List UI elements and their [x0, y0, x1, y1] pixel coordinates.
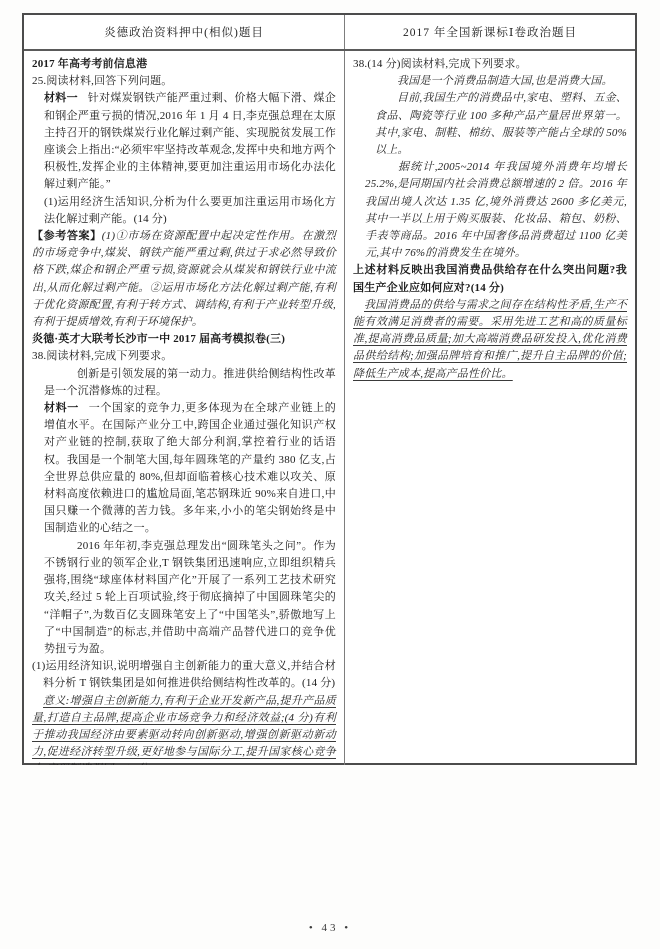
q25-sub-question: (1)运用经济生活知识,分析为什么要更加注重运用市场化方法化解过剩产能。(14 …	[44, 194, 336, 228]
left-column-cell: 2017 年高考考前信息港 25.阅读材料,回答下列问题。 材料一针对煤炭钢铁产…	[24, 51, 345, 765]
mock-exam-title: 炎德·英才大联考长沙市一中 2017 届高考模拟卷(三)	[32, 331, 336, 348]
header-left-title: 炎德政治资料押中(相似)题目	[24, 15, 345, 49]
q25-intro: 25.阅读材料,回答下列问题。	[32, 73, 336, 90]
right-paragraph-2: 目前,我国生产的消费品中,家电、塑料、五金、食品、陶瓷等行业 100 多种产品产…	[375, 90, 627, 159]
reference-answer-paragraph: 【参考答案】(1)①市场在资源配置中起决定性作用。在激烈的市场竞争中,煤炭、钢铁…	[32, 228, 336, 331]
right-paragraph-1: 我国是一个消费品制造大国,也是消费大国。	[375, 73, 627, 90]
q38-intro-left: 38.阅读材料,完成下列要求。	[32, 348, 336, 365]
material-2-paragraph-2: 2016 年年初,李克强总理发出“圆珠笔头之问”。作为不锈钢行业的领军企业,T …	[44, 538, 336, 658]
q38-sub-question: (1)运用经济知识,说明增强自主创新能力的重大意义,并结合材料分析 T 钢铁集团…	[32, 658, 336, 692]
q38-lead-paragraph: 创新是引领发展的第一动力。推进供给侧结构性改革是一个沉潜修炼的过程。	[44, 366, 336, 400]
material-1-label: 材料一	[44, 92, 78, 104]
q38-header-right: 38.(14 分)阅读材料,完成下列要求。	[353, 56, 627, 73]
header-right-title: 2017 年全国新课标Ⅰ卷政治题目	[345, 15, 635, 49]
right-column-cell: 38.(14 分)阅读材料,完成下列要求。 我国是一个消费品制造大国,也是消费大…	[345, 51, 635, 765]
reference-answer-text: (1)①市场在资源配置中起决定性作用。在激烈的市场竞争中,煤炭、钢铁产能严重过剩…	[32, 230, 336, 328]
material-2-paragraph: 材料一一个国家的竞争力,更多体现为在全球产业链上的增值水平。在国际产业分工中,跨…	[44, 400, 336, 538]
table-header-row: 炎德政治资料押中(相似)题目 2017 年全国新课标Ⅰ卷政治题目	[24, 15, 635, 51]
material-2-label: 材料一	[44, 402, 79, 414]
right-answer-paragraph: 我国消费品的供给与需求之间存在结构性矛盾,生产不能有效满足消费者的需要。采用先进…	[353, 297, 627, 383]
answer-meaning-paragraph: 意义:增强自主创新能力,有利于企业开发新产品,提升产品质量,打造自主品牌,提高企…	[32, 693, 336, 765]
material-1-text: 针对煤炭钢铁产能严重过剩、价格大幅下滑、煤企和钢企严重亏损的情况,2016 年 …	[44, 92, 336, 190]
right-paragraph-3: 据统计,2005~2014 年我国境外消费年均增长 25.2%,是同期国内社会消…	[365, 159, 627, 262]
right-question: 上述材料反映出我国消费品供给存在什么突出问题?我国生产企业应如何应对?(14 分…	[353, 262, 627, 296]
page-number: • 43 •	[0, 922, 660, 934]
material-1-paragraph: 材料一针对煤炭钢铁产能严重过剩、价格大幅下滑、煤企和钢企严重亏损的情况,2016…	[44, 90, 336, 193]
table-body-row: 2017 年高考考前信息港 25.阅读材料,回答下列问题。 材料一针对煤炭钢铁产…	[24, 51, 635, 765]
material-2-text: 一个国家的竞争力,更多体现为在全球产业链上的增值水平。在国际产业分工中,跨国企业…	[44, 402, 336, 534]
info-port-title: 2017 年高考考前信息港	[32, 56, 336, 73]
comparison-table: 炎德政治资料押中(相似)题目 2017 年全国新课标Ⅰ卷政治题目 2017 年高…	[22, 13, 637, 765]
reference-answer-label: 【参考答案】	[32, 230, 102, 242]
